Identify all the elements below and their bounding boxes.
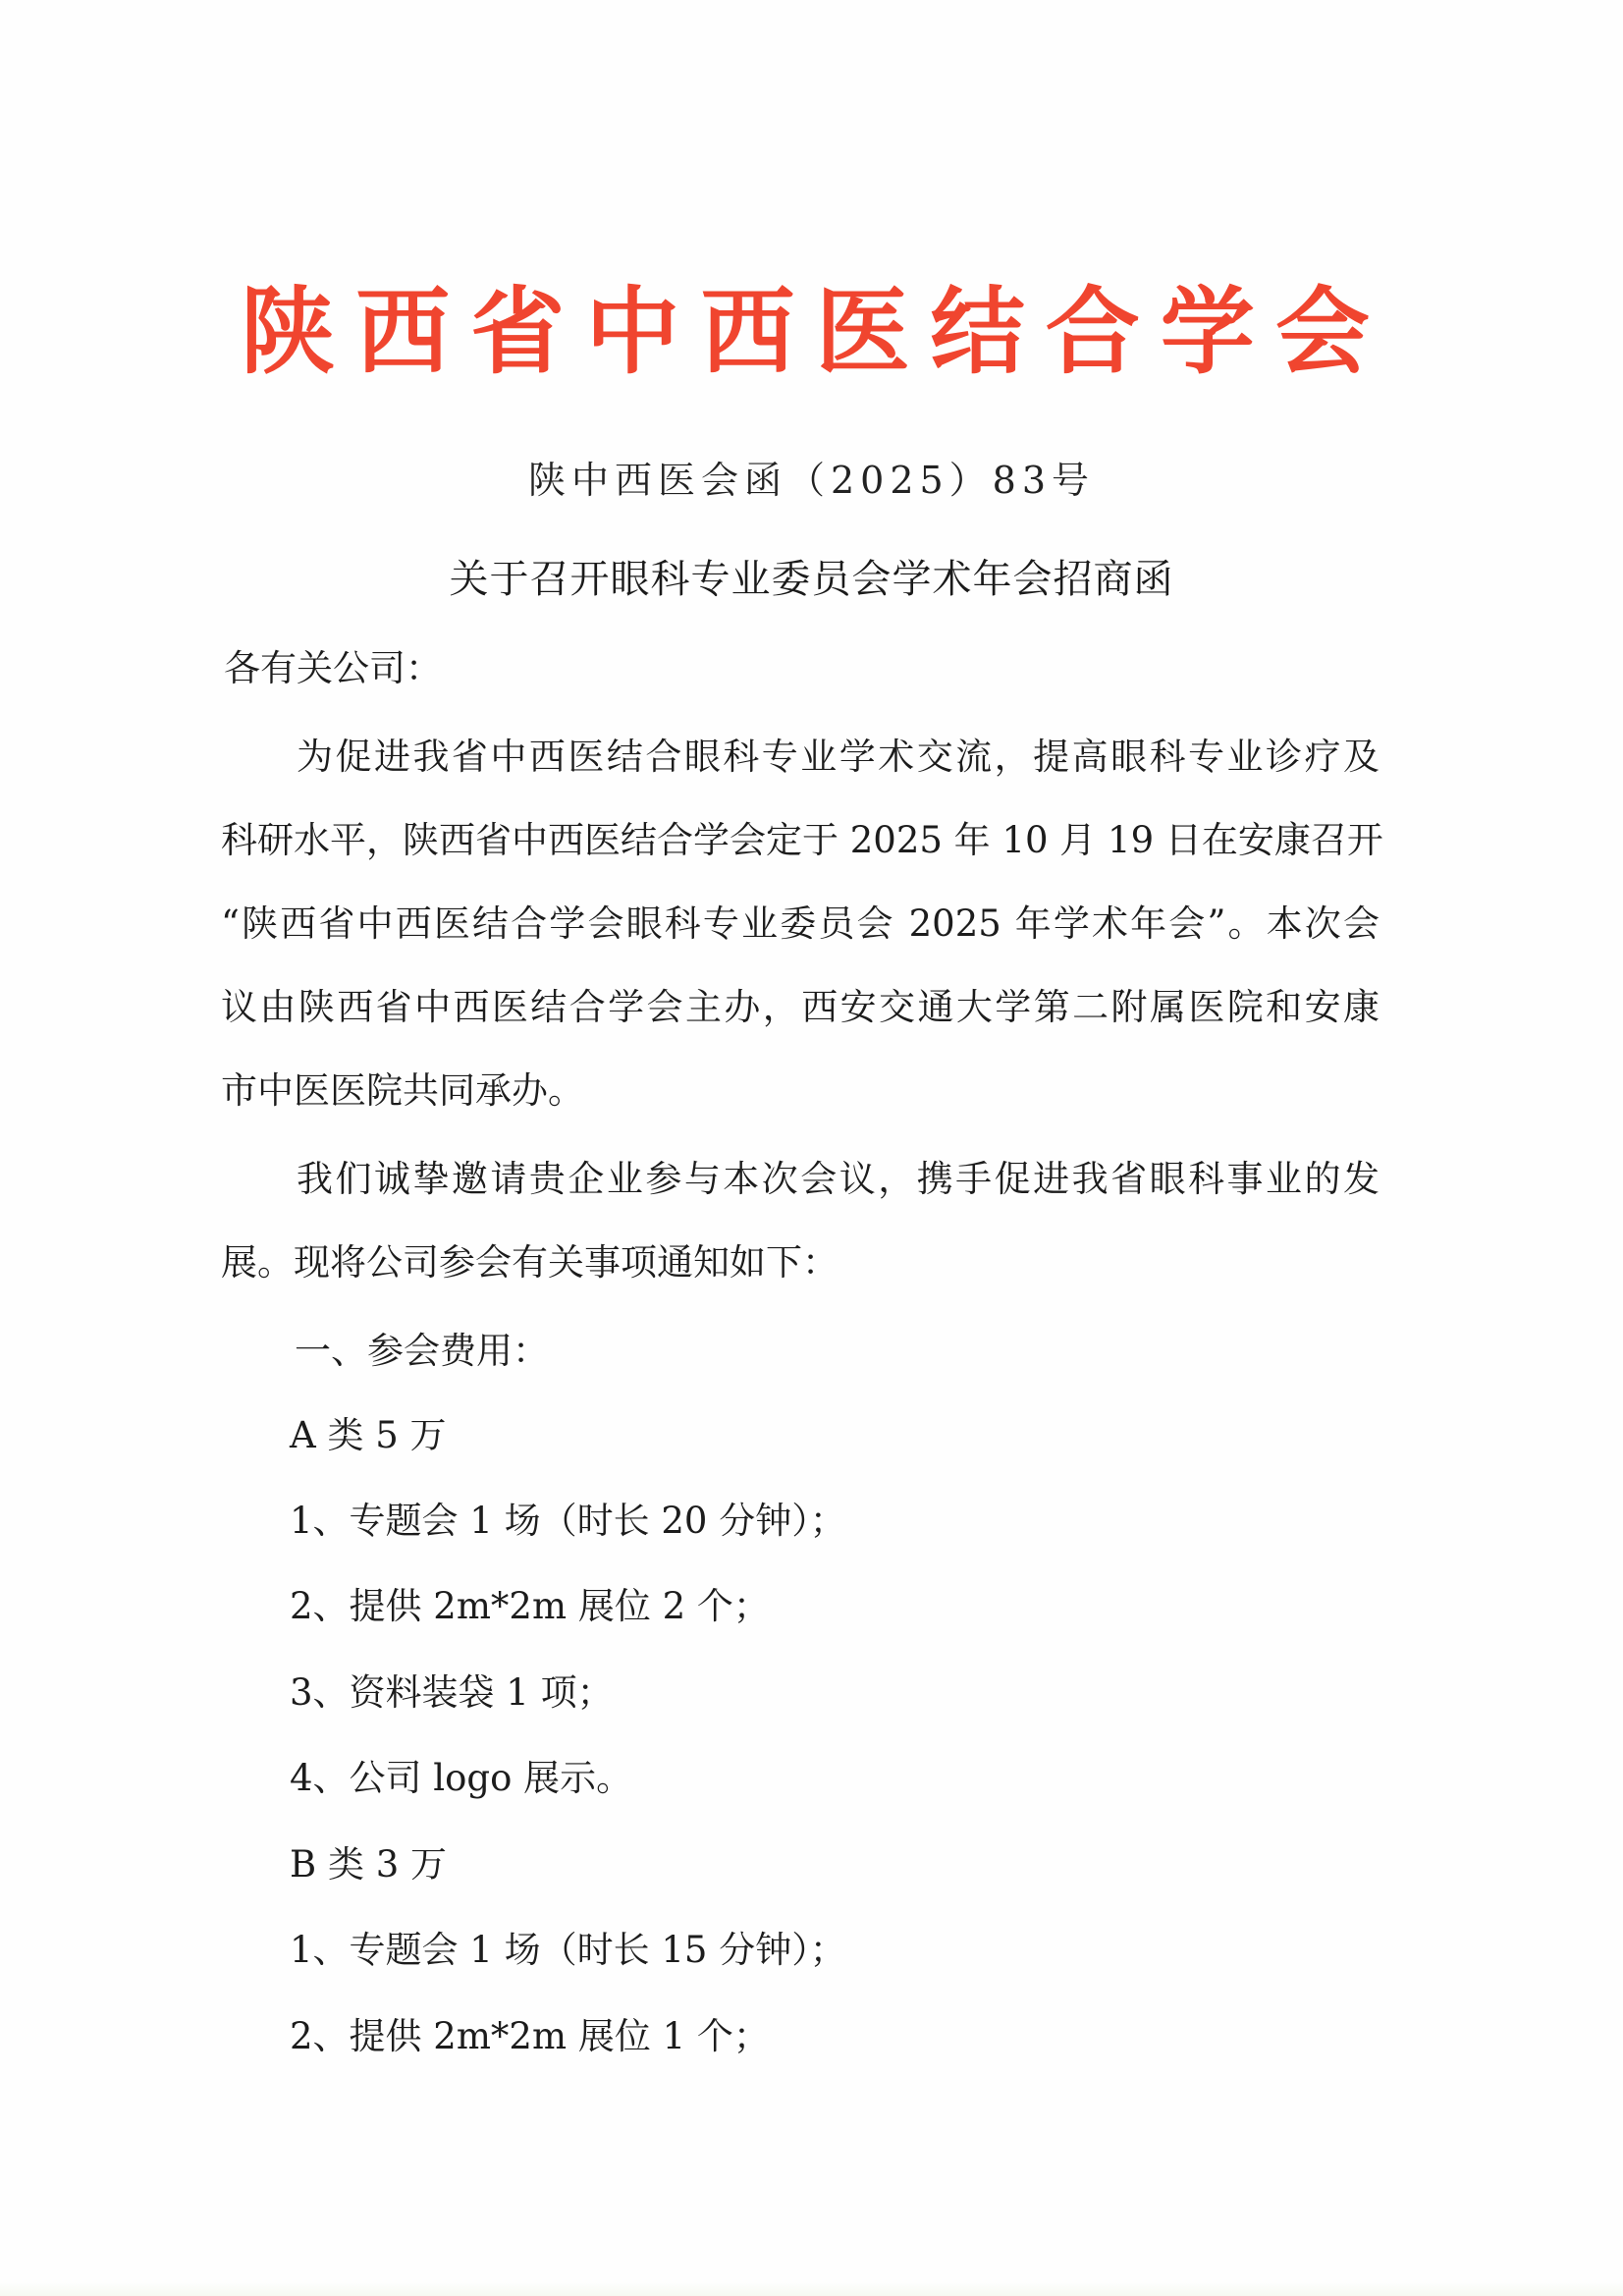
tier-a-label: A 类 5 万 — [290, 1417, 1448, 1453]
letterhead-char: 会 — [1275, 285, 1370, 379]
letterhead-char: 合 — [1046, 285, 1140, 379]
letterhead-char: 西 — [700, 285, 794, 379]
tier-a-item: 3、资料装袋 1 项； — [290, 1674, 1448, 1711]
paragraph-line: 我们诚挚邀请贵企业参与本次会议，携手促进我省眼科事业的发 — [297, 1161, 1380, 1197]
letterhead-char: 陕 — [241, 285, 335, 379]
paragraph-line: 议由陕西省中西医结合学会主办，西安交通大学第二附属医院和安康 — [221, 989, 1380, 1025]
letterhead: 陕 西 省 中 西 医 结 合 学 会 — [241, 278, 1370, 386]
letterhead-char: 学 — [1161, 285, 1255, 379]
letterhead-char: 省 — [470, 285, 565, 379]
tier-b-item: 1、专题会 1 场（时长 15 分钟）； — [290, 1932, 1448, 1968]
document-page: 陕 西 省 中 西 医 结 合 学 会 陕中西医会函（2025）83号 关于召开… — [0, 0, 1623, 2296]
letterhead-char: 结 — [931, 285, 1025, 379]
paragraph-line: 展。现将公司参会有关事项通知如下： — [221, 1244, 1380, 1281]
paragraph-line: “陕西省中西医结合学会眼科专业委员会 2025 年学术年会”。本次会 — [221, 905, 1380, 942]
paragraph-line: 科研水平，陕西省中西医结合学会定于 2025 年 10 月 19 日在安康召开 — [221, 822, 1380, 858]
letterhead-char: 医 — [816, 285, 910, 379]
letterhead-char: 中 — [585, 285, 679, 379]
letterhead-char: 西 — [355, 285, 450, 379]
tier-b-item: 2、提供 2m*2m 展位 1 个； — [290, 2018, 1448, 2054]
tier-b-label: B 类 3 万 — [290, 1846, 1448, 1883]
tier-a-item: 1、专题会 1 场（时长 20 分钟）； — [290, 1503, 1448, 1539]
paragraph-line: 市中医医院共同承办。 — [221, 1072, 1380, 1109]
tier-a-item: 4、公司 logo 展示。 — [290, 1760, 1448, 1796]
paragraph-line: 为促进我省中西医结合眼科专业学术交流，提高眼科专业诊疗及 — [297, 738, 1380, 775]
salutation: 各有关公司： — [224, 650, 1382, 686]
section-heading-fees: 一、参会费用： — [295, 1333, 1453, 1369]
tier-a-item: 2、提供 2m*2m 展位 2 个； — [290, 1588, 1448, 1624]
document-title: 关于召开眼科专业委员会学术年会招商函 — [0, 560, 1623, 599]
document-number: 陕中西医会函（2025）83号 — [0, 462, 1623, 499]
